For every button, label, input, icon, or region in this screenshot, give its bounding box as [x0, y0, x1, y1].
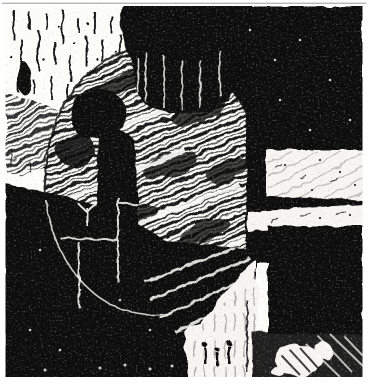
artwork-frame: Abstract black and white expressionist p…	[0, 0, 368, 387]
margin-bottom	[0, 377, 368, 387]
margin-right	[363, 0, 368, 387]
pepper-grain-overlay	[5, 6, 363, 377]
margin-left	[0, 0, 6, 387]
artwork-image: Abstract black and white expressionist p…	[0, 0, 368, 387]
top-hairline-rule	[2, 3, 366, 4]
